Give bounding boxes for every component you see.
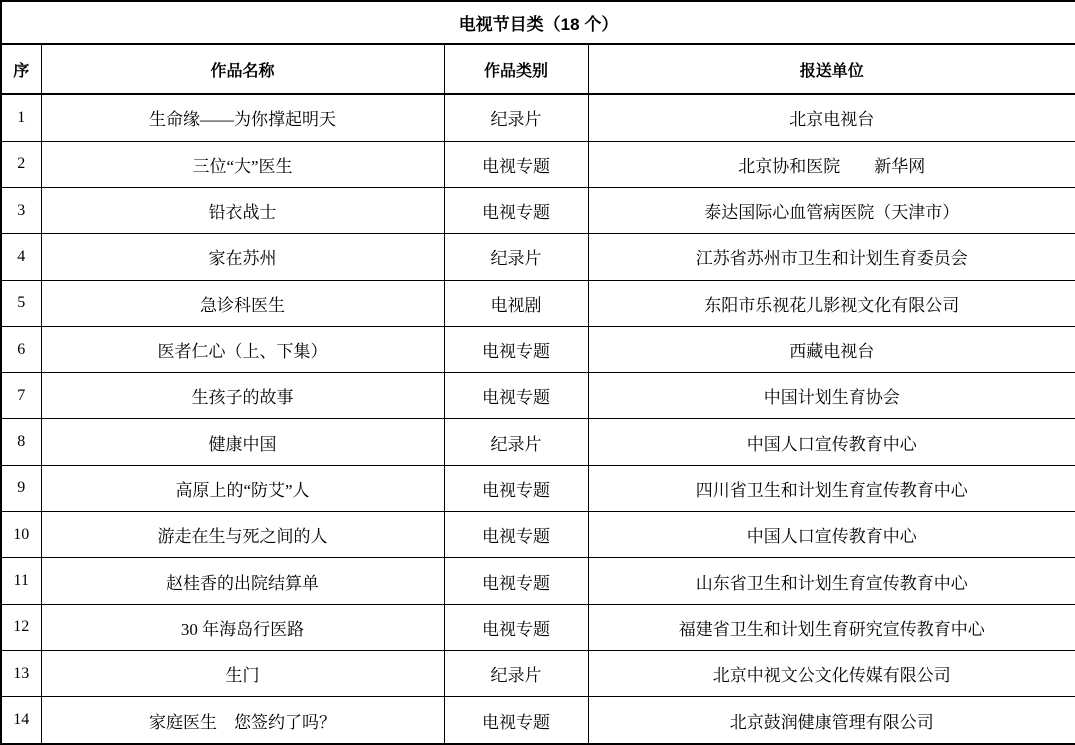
work-name-cell: 医者仁心（上、下集） <box>41 326 444 372</box>
work-name-cell: 家在苏州 <box>41 234 444 280</box>
table-row: 2三位“大”医生电视专题北京协和医院 新华网 <box>1 141 1075 187</box>
work-name-cell: 30 年海岛行医路 <box>41 604 444 650</box>
work-category-cell: 纪录片 <box>444 419 588 465</box>
table-row: 9高原上的“防艾”人电视专题四川省卫生和计划生育宣传教育中心 <box>1 465 1075 511</box>
work-name-cell: 健康中国 <box>41 419 444 465</box>
row-number-cell: 1 <box>1 94 41 141</box>
row-number-cell: 2 <box>1 141 41 187</box>
row-number-cell: 12 <box>1 604 41 650</box>
submitting-unit-cell: 四川省卫生和计划生育宣传教育中心 <box>588 465 1075 511</box>
table-row: 7生孩子的故事电视专题中国计划生育协会 <box>1 373 1075 419</box>
table-body: 1生命缘——为你撑起明天纪录片北京电视台2三位“大”医生电视专题北京协和医院 新… <box>1 94 1075 744</box>
table-row: 14家庭医生 您签约了吗？电视专题北京鼓润健康管理有限公司 <box>1 697 1075 744</box>
submitting-unit-cell: 北京中视文公文化传媒有限公司 <box>588 650 1075 696</box>
work-name-cell: 生门 <box>41 650 444 696</box>
table-row: 11赵桂香的出院结算单电视专题山东省卫生和计划生育宣传教育中心 <box>1 558 1075 604</box>
work-name-cell: 生命缘——为你撑起明天 <box>41 94 444 141</box>
submitting-unit-cell: 北京电视台 <box>588 94 1075 141</box>
table-row: 1230 年海岛行医路电视专题福建省卫生和计划生育研究宣传教育中心 <box>1 604 1075 650</box>
submitting-unit-cell: 江苏省苏州市卫生和计划生育委员会 <box>588 234 1075 280</box>
submitting-unit-cell: 山东省卫生和计划生育宣传教育中心 <box>588 558 1075 604</box>
submitting-unit-cell: 西藏电视台 <box>588 326 1075 372</box>
col-header-no: 序 <box>1 44 41 94</box>
row-number-cell: 13 <box>1 650 41 696</box>
work-name-cell: 铅衣战士 <box>41 187 444 233</box>
work-category-cell: 电视专题 <box>444 604 588 650</box>
col-header-work-name: 作品名称 <box>41 44 444 94</box>
submitting-unit-cell: 泰达国际心血管病医院（天津市） <box>588 187 1075 233</box>
work-name-cell: 高原上的“防艾”人 <box>41 465 444 511</box>
work-category-cell: 电视专题 <box>444 373 588 419</box>
submitting-unit-cell: 北京鼓润健康管理有限公司 <box>588 697 1075 744</box>
row-number-cell: 3 <box>1 187 41 233</box>
work-category-cell: 电视专题 <box>444 326 588 372</box>
submitting-unit-cell: 北京协和医院 新华网 <box>588 141 1075 187</box>
table-header-row: 序作品名称作品类别报送单位 <box>1 44 1075 94</box>
submitting-unit-cell: 东阳市乐视花儿影视文化有限公司 <box>588 280 1075 326</box>
table-row: 8健康中国纪录片中国人口宣传教育中心 <box>1 419 1075 465</box>
table-title-row: 电视节目类（18 个） <box>1 1 1075 44</box>
tv-program-table: 电视节目类（18 个） 序作品名称作品类别报送单位 1生命缘——为你撑起明天纪录… <box>0 0 1075 745</box>
work-category-cell: 电视专题 <box>444 558 588 604</box>
row-number-cell: 5 <box>1 280 41 326</box>
submitting-unit-cell: 中国人口宣传教育中心 <box>588 512 1075 558</box>
table-row: 6医者仁心（上、下集）电视专题西藏电视台 <box>1 326 1075 372</box>
row-number-cell: 10 <box>1 512 41 558</box>
table-row: 3铅衣战士电视专题泰达国际心血管病医院（天津市） <box>1 187 1075 233</box>
work-category-cell: 电视剧 <box>444 280 588 326</box>
col-header-work-category: 作品类别 <box>444 44 588 94</box>
work-name-cell: 急诊科医生 <box>41 280 444 326</box>
table-row: 13生门纪录片北京中视文公文化传媒有限公司 <box>1 650 1075 696</box>
table-row: 5急诊科医生电视剧东阳市乐视花儿影视文化有限公司 <box>1 280 1075 326</box>
work-name-cell: 赵桂香的出院结算单 <box>41 558 444 604</box>
work-name-cell: 家庭医生 您签约了吗？ <box>41 697 444 744</box>
row-number-cell: 14 <box>1 697 41 744</box>
table-row: 1生命缘——为你撑起明天纪录片北京电视台 <box>1 94 1075 141</box>
row-number-cell: 4 <box>1 234 41 280</box>
submitting-unit-cell: 中国计划生育协会 <box>588 373 1075 419</box>
work-name-cell: 生孩子的故事 <box>41 373 444 419</box>
work-category-cell: 纪录片 <box>444 650 588 696</box>
work-category-cell: 电视专题 <box>444 465 588 511</box>
col-header-submitting-unit: 报送单位 <box>588 44 1075 94</box>
work-category-cell: 电视专题 <box>444 697 588 744</box>
submitting-unit-cell: 福建省卫生和计划生育研究宣传教育中心 <box>588 604 1075 650</box>
submitting-unit-cell: 中国人口宣传教育中心 <box>588 419 1075 465</box>
work-category-cell: 电视专题 <box>444 187 588 233</box>
work-category-cell: 纪录片 <box>444 234 588 280</box>
table-row: 4家在苏州纪录片江苏省苏州市卫生和计划生育委员会 <box>1 234 1075 280</box>
row-number-cell: 11 <box>1 558 41 604</box>
work-name-cell: 三位“大”医生 <box>41 141 444 187</box>
table-title: 电视节目类（18 个） <box>1 1 1075 44</box>
table-row: 10游走在生与死之间的人电视专题中国人口宣传教育中心 <box>1 512 1075 558</box>
row-number-cell: 8 <box>1 419 41 465</box>
work-category-cell: 纪录片 <box>444 94 588 141</box>
row-number-cell: 7 <box>1 373 41 419</box>
work-name-cell: 游走在生与死之间的人 <box>41 512 444 558</box>
work-category-cell: 电视专题 <box>444 512 588 558</box>
row-number-cell: 9 <box>1 465 41 511</box>
work-category-cell: 电视专题 <box>444 141 588 187</box>
row-number-cell: 6 <box>1 326 41 372</box>
